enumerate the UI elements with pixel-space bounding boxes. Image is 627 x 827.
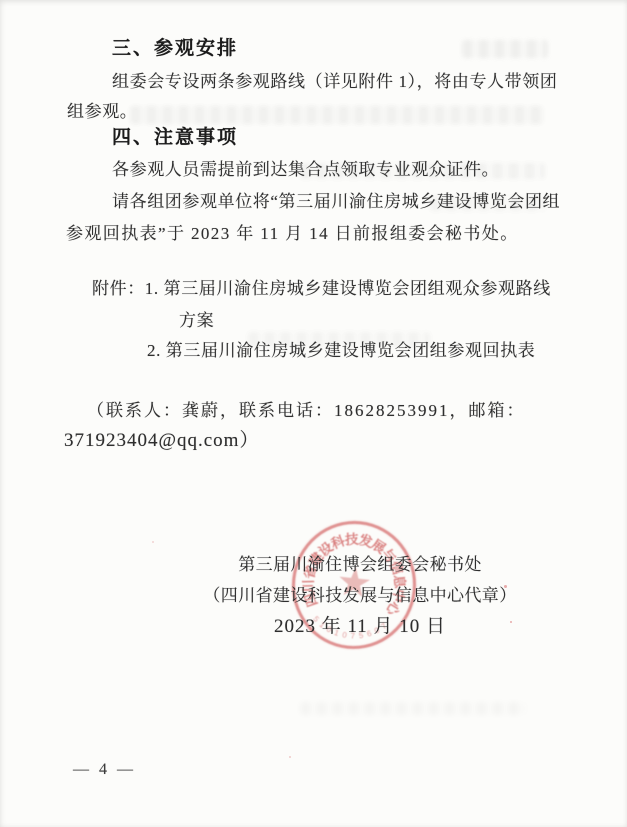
bleedthrough-smudge xyxy=(300,702,525,715)
section-4-paragraph-2-line-2: 参观回执表”于 2023 年 11 月 14 日前报组委会秘书处。 xyxy=(66,223,519,245)
section-3-heading: 三、参观安排 xyxy=(112,38,238,60)
scanned-document-page: ★ 四川省建设科技发展与信息中心 5101075607 三、参观安排 组委会专设… xyxy=(0,0,627,827)
ink-speck xyxy=(152,541,154,543)
attachments-line-1: 附件：1. 第三届川渝住房城乡建设博览会团组观众参观路线 xyxy=(92,278,551,300)
signature-block: 第三届川渝住博会组委会秘书处 （四川省建设科技发展与信息中心代章） 2023 年… xyxy=(148,549,572,642)
signature-organization: 第三届川渝住博会组委会秘书处 xyxy=(148,549,572,580)
ink-speck xyxy=(289,756,291,758)
attachments-line-3: 2. 第三届川渝住房城乡建设博览会团组参观回执表 xyxy=(147,340,535,362)
bleedthrough-smudge xyxy=(130,106,545,124)
page-number: — 4 — xyxy=(73,759,136,781)
section-3-paragraph-line-1: 组委会专设两条参观路线（详见附件 1），将由专人带领团 xyxy=(112,71,557,93)
section-4-heading: 四、注意事项 xyxy=(112,127,238,149)
section-3-paragraph-line-2: 组参观。 xyxy=(67,101,137,123)
signature-proxy-note: （四川省建设科技发展与信息中心代章） xyxy=(148,580,572,611)
signature-date: 2023 年 11 月 10 日 xyxy=(148,611,572,642)
contact-line-2: 371923404@qq.com） xyxy=(64,430,259,452)
section-4-paragraph-2-line-1: 请各组团参观单位将“第三届川渝住房城乡建设博览会团组 xyxy=(112,191,560,213)
contact-line-1: （联系人：龚蔚，联系电话：18628253991，邮箱： xyxy=(87,400,526,422)
attachments-line-2: 方案 xyxy=(179,310,214,332)
bleedthrough-smudge xyxy=(462,40,548,58)
section-4-paragraph-1: 各参观人员需提前到达集合点领取专业观众证件。 xyxy=(112,159,499,181)
